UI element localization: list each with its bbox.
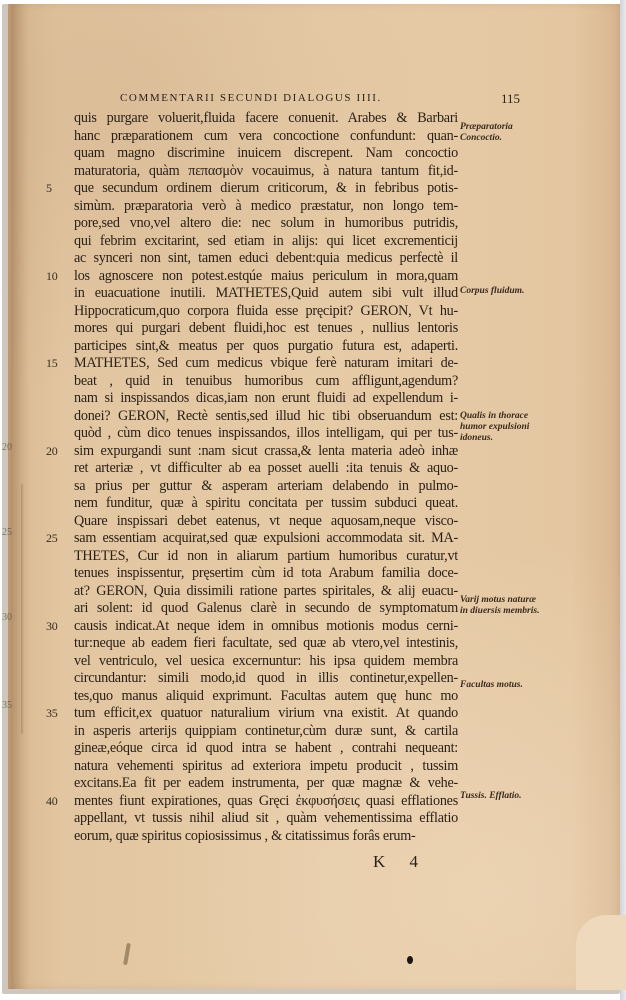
margin-note: Tussis. Efflatio. (460, 791, 540, 802)
line-number: 25 (46, 530, 58, 548)
line-text: sim expurgandi sunt :nam sicut crassa,& … (74, 443, 458, 461)
line-text: sam essentiam acquirat,sed quæ expulsion… (74, 530, 458, 548)
line-number: 30 (46, 618, 58, 636)
line-text: ac synceri non sint, tamen educi debent:… (74, 250, 458, 268)
text-line: beat , quid in tenuibus humoribus cum af… (74, 373, 458, 391)
ink-blot (407, 956, 413, 964)
line-text: participes sint,& meatus per quos purgat… (74, 338, 458, 356)
line-text: simùm. præparatoria verò à medico præsta… (74, 198, 458, 216)
text-line: THETES, Cur id non in aliarum partium hu… (74, 548, 458, 566)
text-line: tes,quo manus aliquid exprimunt. Faculta… (74, 688, 458, 706)
line-number: 40 (46, 793, 58, 811)
line-text: quòd , cùm dico tenues inspissandos, ill… (74, 425, 458, 443)
text-line: nam si inspissandos dicas,iam non erunt … (74, 390, 458, 408)
text-line: nem funditur, quæ à spiritu concitata pe… (74, 495, 458, 513)
line-text: mores qui purgari debent fluidi,hoc est … (74, 320, 458, 338)
line-text: excitans.Ea fit per eadem instrumenta, p… (74, 775, 458, 793)
scanned-book-page: 20 25 30 35 Commentarii secundi Dialogus… (0, 0, 626, 1000)
text-line: 40mentes fiunt expirationes, quas Gręci … (74, 793, 458, 811)
line-text: nem funditur, quæ à spiritu concitata pe… (74, 495, 458, 513)
text-line: simùm. præparatoria verò à medico præsta… (74, 198, 458, 216)
line-text: vel ventriculo, vel uesica excernuntur: … (74, 653, 458, 671)
margin-note: Corpus fluidum. (460, 286, 540, 297)
text-line: 35tum efficit,ex quatuor naturalium viri… (74, 705, 458, 723)
scan-edge (620, 0, 626, 1000)
text-line: quam magno discrimine inuicem discrepent… (74, 145, 458, 163)
gutter-crease (21, 484, 24, 734)
text-line: ret arteriæ , vt difficulter ab ea posse… (74, 460, 458, 478)
text-line: quis purgare voluerit,fluida facere conu… (74, 110, 458, 128)
text-line: mores qui purgari debent fluidi,hoc est … (74, 320, 458, 338)
line-text: ret arteriæ , vt difficulter ab ea posse… (74, 460, 458, 478)
text-line: natura vehementi spiritus ad exteriora i… (74, 758, 458, 776)
text-line: tur:neque ab eadem fieri facultate, sed … (74, 635, 458, 653)
margin-note: Qualis in thorace humor expulsioni idone… (460, 411, 540, 444)
text-line: 30causis indicat.At neque idem in omnibu… (74, 618, 458, 636)
line-text: quis purgare voluerit,fluida facere conu… (74, 110, 458, 128)
text-line: 25sam essentiam acquirat,sed quæ expulsi… (74, 530, 458, 548)
folio-number: 115 (501, 91, 520, 107)
line-number: 35 (46, 705, 58, 723)
line-text: tes,quo manus aliquid exprimunt. Faculta… (74, 688, 458, 706)
text-line: appellant, vt tussis nihil aliud sit , q… (74, 810, 458, 828)
line-number: 15 (46, 355, 58, 373)
line-text: natura vehementi spiritus ad exteriora i… (74, 758, 458, 776)
text-line: excitans.Ea fit per eadem instrumenta, p… (74, 775, 458, 793)
text-line: sa prius per guttur & asperam arteriam d… (74, 478, 458, 496)
line-text: pore,sed vno,vel altero die: nec solum i… (74, 215, 458, 233)
text-line: 20sim expurgandi sunt :nam sicut crassa,… (74, 443, 458, 461)
line-text: causis indicat.At neque idem in omnibus … (74, 618, 458, 636)
line-text: sa prius per guttur & asperam arteriam d… (74, 478, 458, 496)
text-line: 5que secundum ordinem dierum criticorum,… (74, 180, 458, 198)
line-text: tum efficit,ex quatuor naturalium virium… (74, 705, 458, 723)
line-text: que secundum ordinem dierum criticorum, … (74, 180, 458, 198)
facing-line-number: 20 (2, 442, 12, 453)
line-text: nam si inspissandos dicas,iam non erunt … (74, 390, 458, 408)
line-text: in asperis arterijs quippiam continetur,… (74, 723, 458, 741)
line-text: ari solent: id quod Galenus clarè in sec… (74, 600, 458, 618)
line-text: quam magno discrimine inuicem discrepent… (74, 145, 458, 163)
signature-mark: K 4 (373, 852, 428, 872)
text-line: circundantur: simili modo,id quod in ill… (74, 670, 458, 688)
text-line: quòd , cùm dico tenues inspissandos, ill… (74, 425, 458, 443)
text-line: ac synceri non sint, tamen educi debent:… (74, 250, 458, 268)
text-line: hanc præparationem cum vera concoctione … (74, 128, 458, 146)
text-line: Hippocraticum,quo corpora fluida esse pr… (74, 303, 458, 321)
running-header: Commentarii secundi Dialogus IIII. 115 (120, 92, 520, 104)
line-text: at? GERON, Quia dissimili ratione partes… (74, 583, 458, 601)
text-line: gineæ,eóque circa id quod intra se haben… (74, 740, 458, 758)
line-text: beat , quid in tenuibus humoribus cum af… (74, 373, 458, 391)
line-text: appellant, vt tussis nihil aliud sit , q… (74, 810, 458, 828)
text-line: donei? GERON, Rectè sentis,sed illud hic… (74, 408, 458, 426)
line-number: 5 (46, 180, 52, 198)
line-text: maturatoria, quàm πεπασμὸν vocauimus, à … (74, 163, 458, 181)
text-line: in asperis arterijs quippiam continetur,… (74, 723, 458, 741)
text-line: at? GERON, Quia dissimili ratione partes… (74, 583, 458, 601)
text-line: Quare inspissari debet eatenus, vt neque… (74, 513, 458, 531)
text-line: eorum, quæ spiritus copiosissimus , & ci… (74, 828, 458, 846)
line-text: THETES, Cur id non in aliarum partium hu… (74, 548, 458, 566)
margin-note: Præparatoria Concoctio. (460, 122, 540, 144)
text-line: participes sint,& meatus per quos purgat… (74, 338, 458, 356)
line-number: 20 (46, 443, 58, 461)
body-text: quis purgare voluerit,fluida facere conu… (74, 110, 458, 845)
line-text: los agnoscere non potest.estqúe maius pe… (74, 268, 458, 286)
line-text: MATHETES, Sed cum medicus vbique ferè na… (74, 355, 458, 373)
page-corner (576, 915, 626, 990)
line-text: gineæ,eóque circa id quod intra se haben… (74, 740, 458, 758)
text-line: 10los agnoscere non potest.estqúe maius … (74, 268, 458, 286)
running-header-title: Commentarii secundi Dialogus IIII. (120, 92, 382, 104)
text-line: qui febrim excitarint, sed etiam in alij… (74, 233, 458, 251)
line-text: eorum, quæ spiritus copiosissimus , & ci… (74, 828, 458, 846)
line-text: circundantur: simili modo,id quod in ill… (74, 670, 458, 688)
line-text: tur:neque ab eadem fieri facultate, sed … (74, 635, 458, 653)
line-text: donei? GERON, Rectè sentis,sed illud hic… (74, 408, 458, 426)
margin-note: Facultas motus. (460, 680, 540, 691)
facing-line-number: 25 (2, 527, 12, 538)
line-text: Hippocraticum,quo corpora fluida esse pr… (74, 303, 458, 321)
line-text: in euacuatione inutili. MATHETES,Quid au… (74, 285, 458, 303)
text-line: 15MATHETES, Sed cum medicus vbique ferè … (74, 355, 458, 373)
line-text: qui febrim excitarint, sed etiam in alij… (74, 233, 458, 251)
line-text: mentes fiunt expirationes, quas Gręci ἐκ… (74, 793, 458, 811)
text-line: tenues inspissentur, pręsertim cùm id to… (74, 565, 458, 583)
text-line: ari solent: id quod Galenus clarè in sec… (74, 600, 458, 618)
text-line: pore,sed vno,vel altero die: nec solum i… (74, 215, 458, 233)
line-number: 10 (46, 268, 58, 286)
line-text: tenues inspissentur, pręsertim cùm id to… (74, 565, 458, 583)
text-line: in euacuatione inutili. MATHETES,Quid au… (74, 285, 458, 303)
margin-note: Varij motus naturæ in diuersis membris. (460, 595, 540, 617)
facing-line-number: 30 (2, 612, 12, 623)
line-text: hanc præparationem cum vera concoctione … (74, 128, 458, 146)
text-line: maturatoria, quàm πεπασμὸν vocauimus, à … (74, 163, 458, 181)
line-text: Quare inspissari debet eatenus, vt neque… (74, 513, 458, 531)
text-line: vel ventriculo, vel uesica excernuntur: … (74, 653, 458, 671)
facing-line-number: 35 (2, 700, 12, 711)
